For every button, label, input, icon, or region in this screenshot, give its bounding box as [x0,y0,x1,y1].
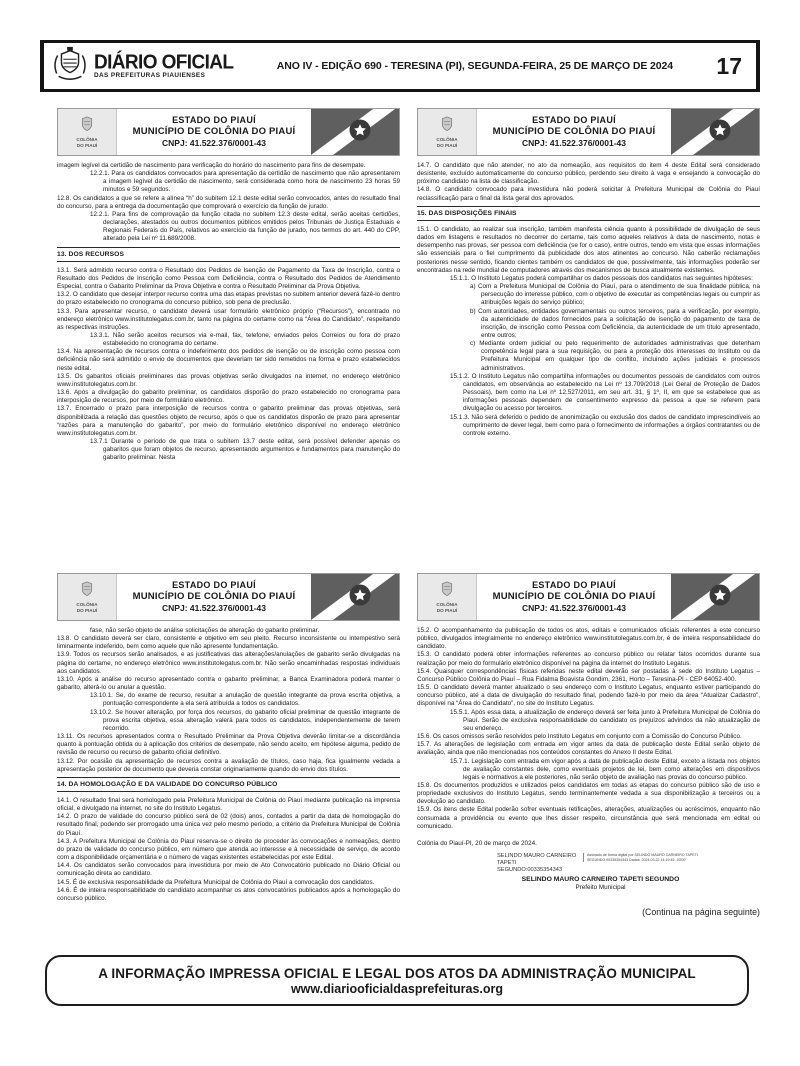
coat-of-arms-icon [80,581,94,601]
paragraph: 13.9. Todos os recursos serão analisados… [57,651,400,675]
municipal-crest: COLÔNIA DO PIAUÍ [418,109,477,155]
municipality-title: MUNICÍPIO DE COLÔNIA DO PIAUÍ [477,126,671,138]
footer-statement: A INFORMAÇÃO IMPRESSA OFICIAL E LEGAL DO… [98,966,696,981]
paragraph: 14.8. O candidato convocado para investi… [417,186,760,202]
paragraph: 15.8. Os documentos produzidos e utiliza… [417,782,760,806]
quadrant-top-right: COLÔNIA DO PIAUÍ ESTADO DO PIAUÍ MUNICÍP… [417,108,760,570]
crest-caption: COLÔNIA DO PIAUÍ [436,137,457,148]
paragraph: Colônia do Piauí-PI, 20 de março de 2024… [417,840,760,848]
paragraph: 13.8. O candidato deverá ser claro, cons… [57,635,400,651]
cnpj-line: CNPJ: 41.522.376/0001-43 [117,138,311,149]
paragraph: 14.2. O prazo de validade do concurso pú… [57,813,400,837]
municipal-flag-icon [311,574,399,620]
municipal-flag-icon [311,109,399,155]
municipal-header: COLÔNIA DO PIAUÍ ESTADO DO PIAUÍ MUNICÍP… [417,108,760,156]
paragraph: 13.1. Será admitido recurso contra o Res… [57,267,400,291]
paragraph: 15.1.2. O Instituto Legatus não comparti… [417,373,760,414]
state-title: ESTADO DO PIAUÍ [117,580,311,591]
paragraph: 13.7.1 Durante o período de que trata o … [57,438,400,462]
paragraph: 14.6. É de inteira responsabilidade do c… [57,887,400,903]
coat-of-arms-icon [440,116,454,136]
coat-of-arms-icon [440,581,454,601]
signature-cert-details: Assinado de forma digital por SELINDO MA… [583,853,699,862]
paragraph: 15.2. O acompanhamento da publicação de … [417,627,760,651]
crest-caption: COLÔNIA DO PIAUÍ [76,137,97,148]
crest-caption: COLÔNIA DO PIAUÍ [76,602,97,613]
text-column-top-left: imagem legível da certidão de nascimento… [57,162,400,462]
paragraph: 13.10.1. Se, do exame de recurso, result… [57,692,400,708]
paragraph: 13.10.2. Se houver alteração, por força … [57,709,400,733]
paragraph: 15.6. Os casos omissos serão resolvidos … [417,733,760,741]
cnpj-line: CNPJ: 41.522.376/0001-43 [477,138,671,149]
municipal-crest: COLÔNIA DO PIAUÍ [58,109,117,155]
cnpj-line: CNPJ: 41.522.376/0001-43 [117,603,311,614]
continuation-note: (Continua na página seguinte) [417,907,760,917]
paragraph: 15.1.1. O Instituto Legatus poderá compa… [417,275,760,283]
paragraph: 15.5.1. Após essa data, a atualização de… [417,709,760,733]
municipal-header: COLÔNIA DO PIAUÍ ESTADO DO PIAUÍ MUNICÍP… [417,573,760,621]
paragraph: 13.3. Para apresentar recurso, o candida… [57,308,400,332]
section-heading: 14. DA HOMOLOGAÇÃO E DA VALIDADE DO CONC… [57,777,400,792]
page-number: 17 [710,53,756,80]
text-column-top-right: 14.7. O candidato que não atender, no at… [417,162,760,438]
paragraph: 15.9. Os itens deste Edital poderão sofr… [417,806,760,830]
municipality-title: MUNICÍPIO DE COLÔNIA DO PIAUÍ [117,591,311,603]
paragraph: 15.7.1. Legislação com entrada em vigor … [417,758,760,782]
paragraph: fase, não serão objeto de análise solici… [57,627,400,635]
digital-signature: SELINDO MAURO CARNEIRO TAPETI SEGUNDO:00… [497,853,718,874]
municipal-header-titles: ESTADO DO PIAUÍ MUNICÍPIO DE COLÔNIA DO … [117,574,311,620]
state-title: ESTADO DO PIAUÍ [117,115,311,126]
paragraph: a) Com a Prefeitura Municipal de Colônia… [417,283,760,307]
cnpj-line: CNPJ: 41.522.376/0001-43 [477,603,671,614]
gazette-title: DIÁRIO OFICIAL [94,52,233,72]
gazette-logo-text: DIÁRIO OFICIAL DAS PREFEITURAS PIAUIENSE… [94,53,233,79]
paragraph: 14.5. É de exclusiva responsabilidade da… [57,879,400,887]
section-heading: 13. DOS RECURSOS [57,247,400,262]
paragraph: 13.12. Por ocasião da apresentação de re… [57,758,400,774]
paragraph: 14.7. O candidato que não atender, no at… [417,162,760,186]
paragraph: 13.10. Após a análise do recurso apresen… [57,676,400,692]
municipal-flag-icon [671,109,759,155]
paragraph: c) Mediante ordem judicial ou pelo reque… [417,340,760,373]
state-title: ESTADO DO PIAUÍ [477,115,671,126]
edition-line: ANO IV - EDIÇÃO 690 - TERESINA (PI), SEG… [233,60,710,72]
paragraph: 12.2.1. Para fins de comprovação da funç… [57,211,400,244]
municipal-header: COLÔNIA DO PIAUÍ ESTADO DO PIAUÍ MUNICÍP… [57,573,400,621]
footer-website: www.diariooficialdasprefeituras.org [291,982,503,996]
municipal-crest: COLÔNIA DO PIAUÍ [58,574,117,620]
municipal-header: COLÔNIA DO PIAUÍ ESTADO DO PIAUÍ MUNICÍP… [57,108,400,156]
quadrant-top-left: COLÔNIA DO PIAUÍ ESTADO DO PIAUÍ MUNICÍP… [57,108,400,570]
municipal-flag-icon [671,574,759,620]
coat-of-arms-icon [80,116,94,136]
gazette-logo: DIÁRIO OFICIAL DAS PREFEITURAS PIAUIENSE… [44,45,233,88]
paragraph: 14.4. Os candidatos serão convocados par… [57,862,400,878]
signature-block: SELINDO MAURO CARNEIRO TAPETI SEGUNDO:00… [483,853,718,891]
signer-role: Prefeito Municipal [483,884,718,891]
gazette-subtitle: DAS PREFEITURAS PIAUIENSES [94,73,233,79]
paragraph: 13.3.1. Não serão aceitos recursos via e… [57,332,400,348]
paragraph: 13.7. Encerrado o prazo para interposiçã… [57,405,400,438]
municipality-title: MUNICÍPIO DE COLÔNIA DO PIAUÍ [477,591,671,603]
paragraph: 15.3. O candidato poderá obter informaçõ… [417,651,760,667]
paragraph: 13.2. O candidato que desejar interpor r… [57,291,400,307]
municipal-crest: COLÔNIA DO PIAUÍ [418,574,477,620]
paragraph: 15.4. Quaisquer correspondências físicas… [417,668,760,684]
quadrant-bottom-left: COLÔNIA DO PIAUÍ ESTADO DO PIAUÍ MUNICÍP… [57,573,400,953]
gazette-crest-icon [51,45,89,88]
paragraph: 13.4. Na apresentação de recursos contra… [57,348,400,372]
state-title: ESTADO DO PIAUÍ [477,580,671,591]
paragraph: 14.3. A Prefeitura Municipal de Colônia … [57,838,400,862]
crest-caption: COLÔNIA DO PIAUÍ [436,602,457,613]
paragraph: imagem legível da certidão de nascimento… [57,162,400,170]
paragraph: 12.8. Os candidatos a que se refere a al… [57,195,400,211]
signer-name: SELINDO MAURO CARNEIRO TAPETI SEGUNDO [483,876,718,883]
paragraph: 12.2.1. Para os candidatos convocados pa… [57,170,400,194]
paragraph: 15.7. As alterações de legislação com en… [417,741,760,757]
text-column-bottom-right: 15.2. O acompanhamento da publicação de … [417,627,760,848]
municipal-header-titles: ESTADO DO PIAUÍ MUNICÍPIO DE COLÔNIA DO … [477,109,671,155]
municipal-header-titles: ESTADO DO PIAUÍ MUNICÍPIO DE COLÔNIA DO … [477,574,671,620]
paragraph: 14.1. O resultado final será homologado … [57,797,400,813]
paragraph: 15.1.3. Não será deferido o pedido de an… [417,414,760,438]
section-heading: 15. DAS DISPOSIÇÕES FINAIS [417,206,760,221]
footer-banner: A INFORMAÇÃO IMPRESSA OFICIAL E LEGAL DO… [45,955,749,1006]
masthead: DIÁRIO OFICIAL DAS PREFEITURAS PIAUIENSE… [40,40,760,92]
signature-cert-name: SELINDO MAURO CARNEIRO TAPETI SEGUNDO:00… [497,853,577,874]
quadrant-bottom-right: COLÔNIA DO PIAUÍ ESTADO DO PIAUÍ MUNICÍP… [417,573,760,953]
paragraph: 15.1. O candidato, ao realizar sua inscr… [417,226,760,275]
municipal-header-titles: ESTADO DO PIAUÍ MUNICÍPIO DE COLÔNIA DO … [117,109,311,155]
paragraph: 13.5. Os gabaritos oficiais preliminares… [57,373,400,389]
paragraph: b) Com autoridades, entidades governamen… [417,308,760,341]
paragraph: 15.5. O candidato deverá manter atualiza… [417,684,760,708]
text-column-bottom-left: fase, não serão objeto de análise solici… [57,627,400,903]
municipality-title: MUNICÍPIO DE COLÔNIA DO PIAUÍ [117,126,311,138]
paragraph: 13.6. Após a divulgação do gabarito prel… [57,389,400,405]
paragraph: 13.11. Os recursos apresentados contra o… [57,733,400,757]
